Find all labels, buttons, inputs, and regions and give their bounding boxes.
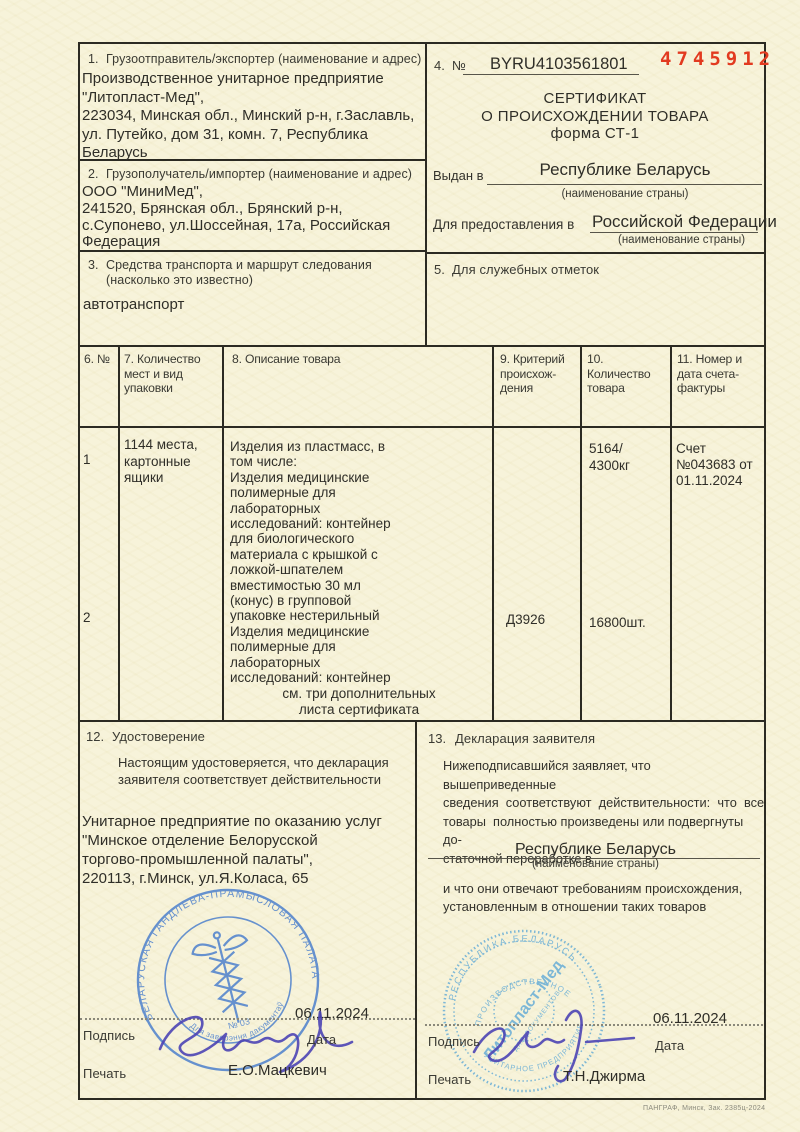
divider-sec12-sec13 [415, 720, 417, 1100]
sec13-signer-name: Т.Н.Джирма [563, 1068, 645, 1085]
presented-in-value: Российской Федерации [592, 212, 777, 232]
table-col-line-1 [118, 345, 120, 720]
sec12-sign-label: Подпись [83, 1028, 135, 1043]
divider-left-right-top [425, 42, 427, 345]
table-col-line-3 [492, 345, 494, 720]
issued-country-hint: (наименование страны) [490, 188, 760, 200]
certificate-number: BYRU4103561801 [490, 55, 628, 74]
origin-criterion: Д3926 [506, 612, 545, 627]
red-serial-number: 4745912 [660, 48, 764, 70]
packages-cell: 1144 места, картонные ящики [124, 437, 220, 487]
quantity-1: 5164/ 4300кг [589, 441, 630, 474]
col-header-9: 9. Критерий происхож- дения [500, 352, 578, 396]
invoice-cell: Счет №043683 от 01.11.2024 [676, 441, 764, 489]
col-header-8: 8. Описание товара [232, 352, 487, 367]
sec13-seal-label: Печать [428, 1072, 471, 1087]
scanned-certificate-page: { "doc": { "serial": "4745912", "box1": … [0, 0, 800, 1132]
table-col-line-2 [222, 345, 224, 720]
sec13-date-value: 06.11.2024 [653, 1010, 727, 1027]
goods-description: Изделия из пластмасс, в том числе: Издел… [230, 439, 488, 686]
declared-country: Республике Беларусь [433, 841, 758, 859]
box1-number: 1. [88, 52, 98, 66]
sec13-date-label: Дата [655, 1038, 684, 1053]
box3-label: Средства транспорта и маршрут следования… [106, 258, 372, 287]
col-header-10: 10. Количество товара [587, 352, 669, 396]
issued-in-label: Выдан в [433, 168, 484, 183]
transport-value: автотранспорт [83, 296, 184, 313]
sec12-seal-label: Печать [83, 1066, 126, 1081]
box5-number: 5. [434, 262, 445, 277]
certificate-title: СЕРТИФИКАТ О ПРОИСХОЖДЕНИИ ТОВАРА форма … [435, 90, 755, 143]
sec12-label: Удостоверение [112, 729, 205, 744]
table-col-line-5 [670, 345, 672, 720]
issued-in-value: Республике Беларусь [490, 160, 760, 180]
box1-label: Грузоотправитель/экспортер (наименование… [106, 52, 421, 66]
additional-sheets-note: см. три дополнительных листа сертификата [230, 686, 488, 718]
divider-box4-box5 [425, 252, 766, 254]
table-header-line [78, 426, 766, 428]
certification-statement: Настоящим удостоверяется, что декларация… [118, 754, 389, 788]
presented-country-hint: (наименование страны) [618, 234, 745, 246]
row2-index: 2 [83, 610, 91, 625]
box2-number: 2. [88, 167, 98, 181]
quantity-2: 16800шт. [589, 615, 646, 630]
row1-index: 1 [83, 452, 91, 467]
table-col-line-4 [580, 345, 582, 720]
box5-label: Для служебных отметок [452, 262, 599, 277]
col-header-7: 7. Количество мест и вид упаковки [124, 352, 220, 396]
sec13-number: 13. [428, 731, 446, 746]
country-hint: (наименование страны) [433, 858, 758, 870]
table-top-line [78, 345, 766, 347]
table-bottom-line [78, 720, 766, 722]
sec12-signer-name: Е.О.Мацкевич [228, 1062, 327, 1079]
exporter-address: Производственное унитарное предприятие "… [82, 70, 422, 163]
sec13-sign-label: Подпись [428, 1034, 480, 1049]
sec12-date-label: Дата [307, 1032, 336, 1047]
certno-underline [463, 74, 639, 75]
importer-address: ООО "МиниМед", 241520, Брянская обл., Бр… [82, 184, 422, 251]
presented-in-underline [590, 232, 758, 233]
col-header-6: 6. № [84, 352, 110, 367]
box2-label: Грузополучатель/импортер (наименование и… [106, 167, 412, 181]
box4-number: 4. [434, 58, 445, 73]
box4-no-sign: № [452, 58, 466, 73]
sec12-number: 12. [86, 729, 104, 744]
presented-in-label: Для предоставления в [433, 217, 574, 232]
printer-imprint: ПАНГРАФ, Минск, Зак. 2385ц-2024 [643, 1105, 765, 1112]
col-header-11: 11. Номер и дата счета- фактуры [677, 352, 763, 396]
sec13-label: Декларация заявителя [455, 731, 595, 746]
box3-number: 3. [88, 258, 98, 272]
issued-in-underline [487, 184, 762, 185]
origin-requirements-statement: и что они отвечают требованиям происхожд… [443, 880, 742, 916]
